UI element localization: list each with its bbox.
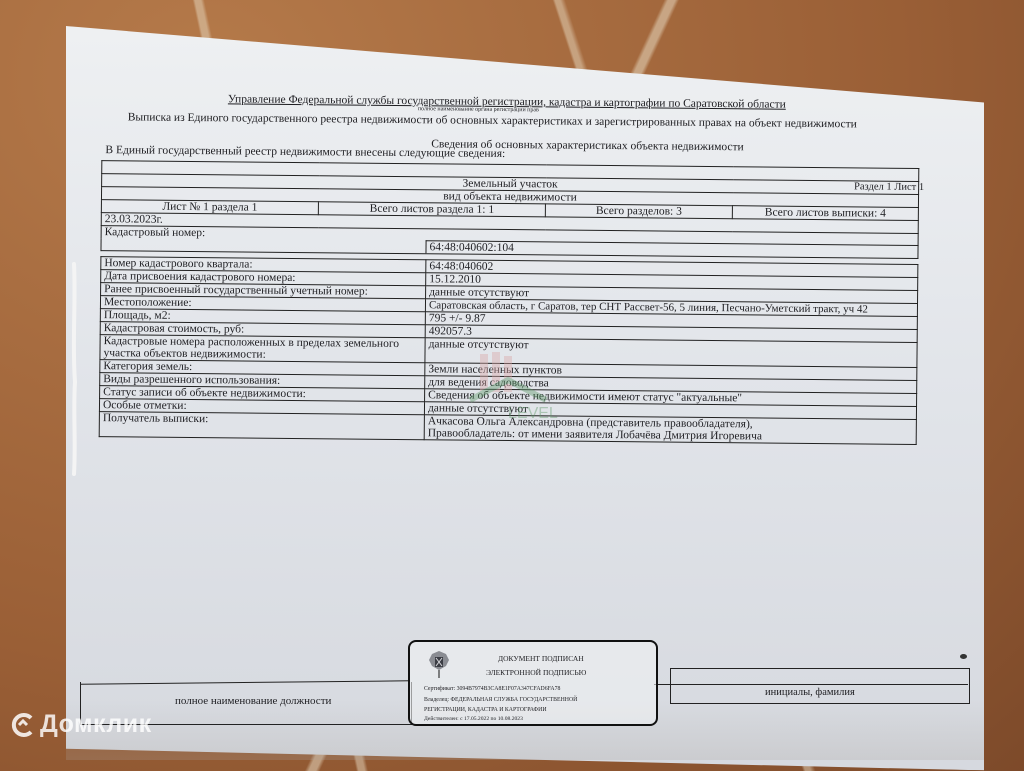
section-sheet-label: Раздел 1 Лист 1 [854, 181, 924, 194]
name-box [670, 668, 970, 704]
coat-of-arms-icon [426, 648, 452, 678]
stamp-line-1: ДОКУМЕНТ ПОДПИСАН [498, 654, 584, 663]
level-watermark-logo-icon: LEVEL [468, 352, 558, 422]
row-label: Получатель выписки: [99, 412, 424, 440]
stamp-certificate: Сертификат: 3094B7974B3CA8E1F07A347CFAD6… [424, 686, 560, 692]
stamp-validity: Действителен: с 17.05.2022 по 10.08.2023 [424, 716, 523, 722]
stamp-owner: Владелец: ФЕДЕРАЛЬНАЯ СЛУЖБА ГОСУДАРСТВЕ… [424, 697, 577, 703]
paper-speck [960, 654, 967, 659]
stamp-owner-2: РЕГИСТРАЦИИ, КАДАСТРА И КАРТОГРАФИИ [424, 707, 547, 713]
row-label: Кадастровые номера расположенных в преде… [100, 335, 425, 363]
object-type-value: Земельный участок [463, 178, 558, 191]
cadastral-number-value: 64:48:040602:104 [426, 241, 918, 259]
binding-string-icon [70, 262, 78, 477]
domclick-label: Домклик [40, 710, 152, 739]
name-caption: инициалы, фамилия [765, 687, 855, 698]
domclick-watermark: Домклик [10, 710, 152, 739]
svg-text:LEVEL: LEVEL [508, 405, 558, 422]
position-caption: полное наименование должности [175, 695, 331, 707]
name-line [654, 684, 968, 685]
domclick-logo-icon [10, 712, 36, 738]
electronic-signature-stamp: ДОКУМЕНТ ПОДПИСАН ЭЛЕКТРОННОЙ ПОДПИСЬЮ С… [408, 640, 658, 726]
stamp-line-2: ЭЛЕКТРОННОЙ ПОДПИСЬЮ [486, 668, 586, 677]
